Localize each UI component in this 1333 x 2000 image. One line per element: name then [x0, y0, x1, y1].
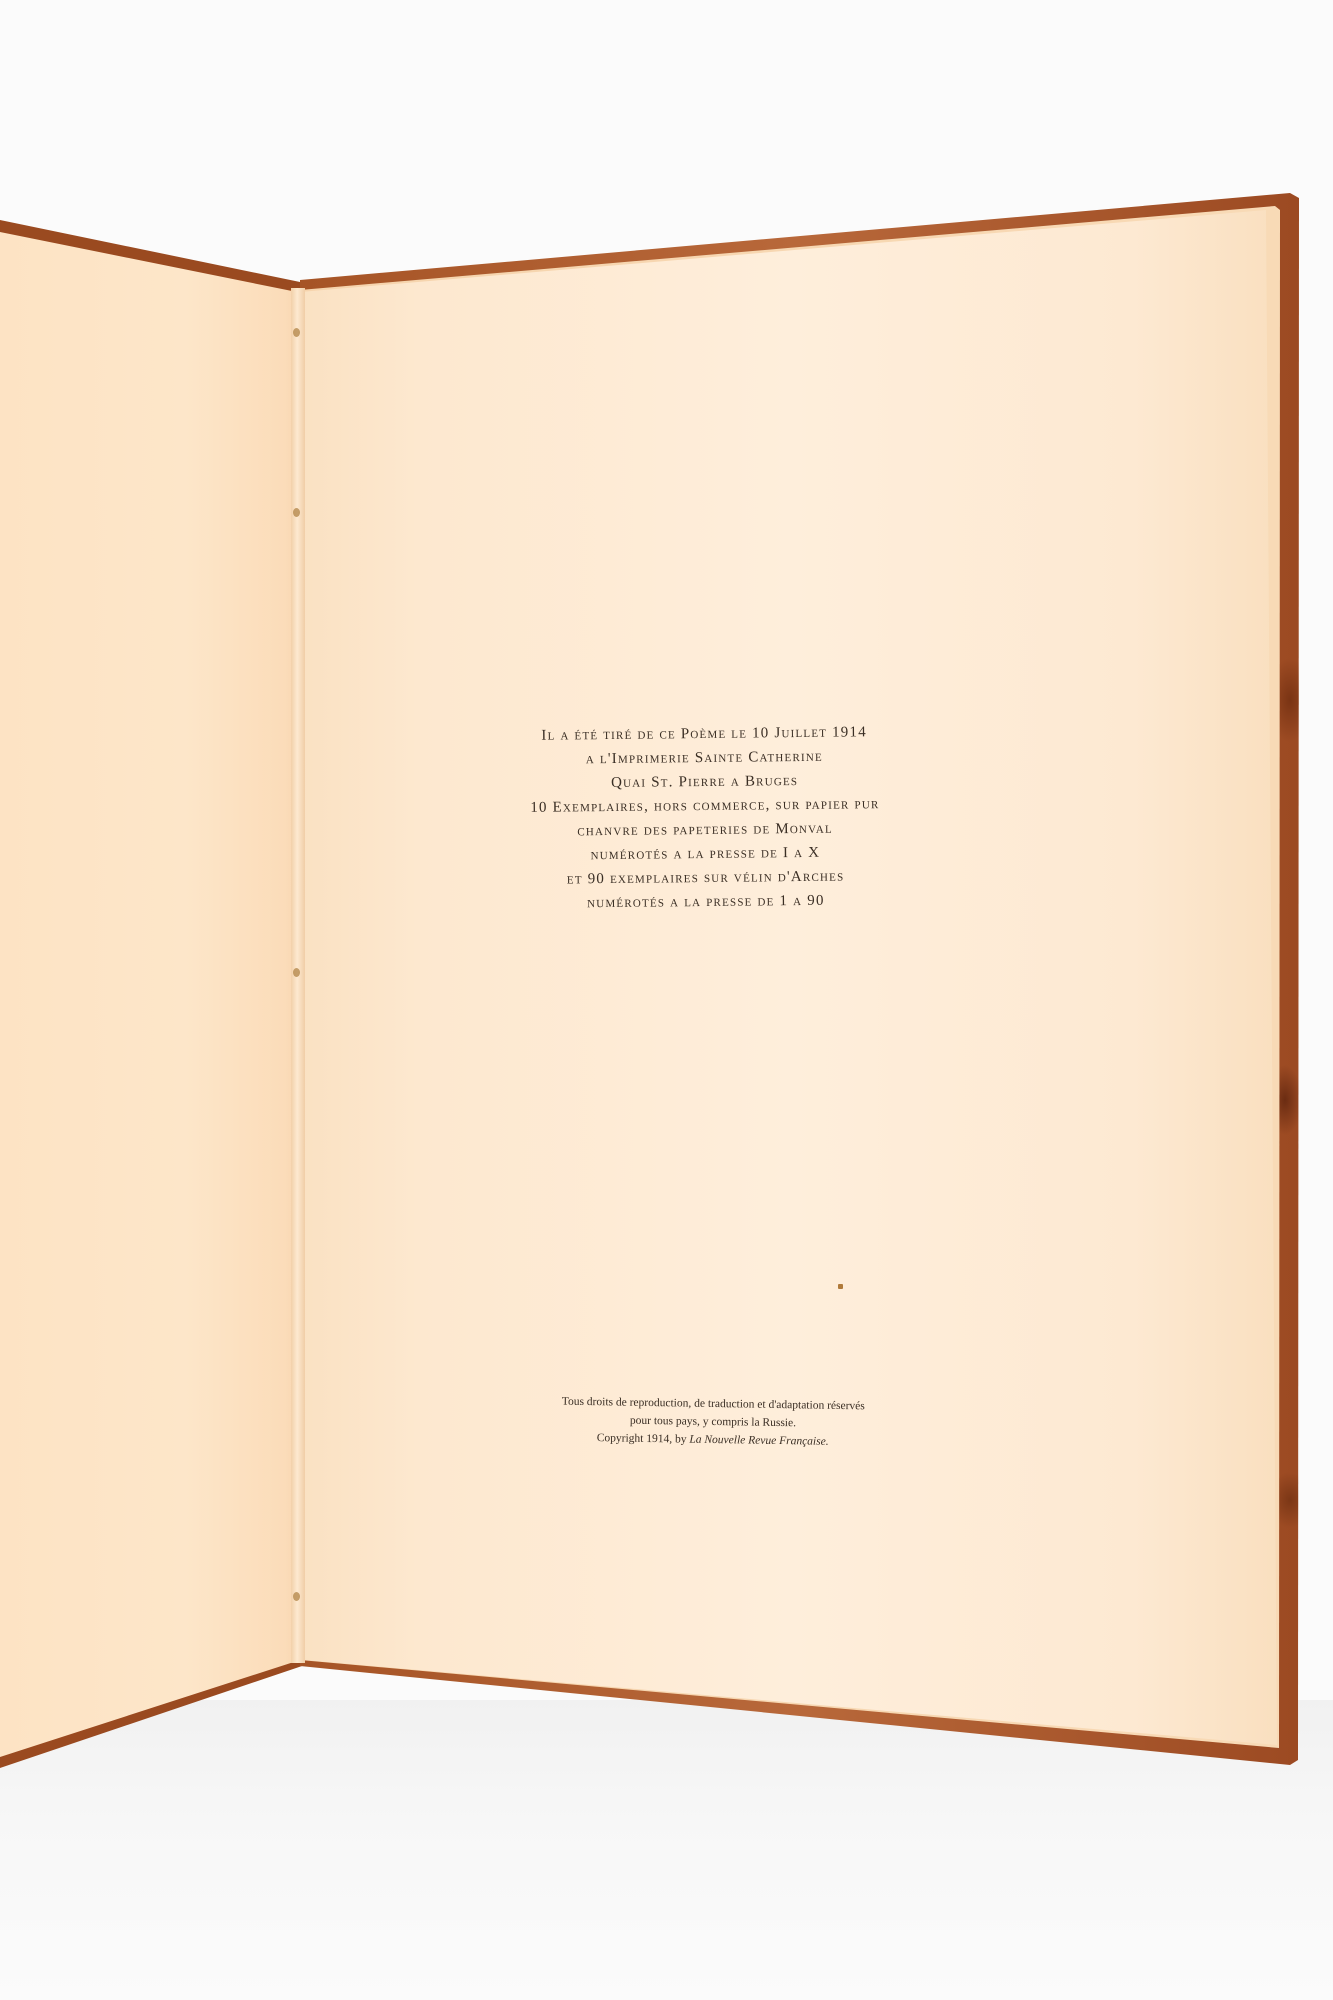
binding-stitch — [293, 968, 300, 977]
colophon-line: Il a été tiré de ce Poème le 10 Juillet … — [529, 720, 879, 748]
publisher-name: La Nouvelle Revue Française. — [689, 1434, 828, 1448]
rights-notice: Tous droits de reproduction, de traducti… — [528, 1392, 899, 1452]
paper-foxing-speck — [838, 1284, 843, 1289]
colophon-line: a l'Imprimerie Sainte Catherine — [529, 744, 879, 772]
binding-stitch — [293, 1592, 300, 1601]
colophon-line: 10 Exemplaires, hors commerce, sur papie… — [530, 792, 880, 820]
colophon-line: numérotés a la presse de 1 a 90 — [531, 888, 881, 916]
colophon-line: chanvre des papeteries de Monval — [530, 816, 880, 844]
book-photo: Il a été tiré de ce Poème le 10 Juillet … — [0, 0, 1333, 2000]
colophon-text-block: Il a été tiré de ce Poème le 10 Juillet … — [529, 720, 881, 916]
colophon-line: numérotés a la presse de I a X — [530, 840, 880, 868]
copyright-prefix: Copyright 1914, by — [597, 1432, 690, 1445]
colophon-line: Quai St. Pierre a Bruges — [530, 768, 880, 796]
colophon-line: et 90 exemplaires sur vélin d'Arches — [531, 864, 881, 892]
binding-stitch — [293, 508, 300, 517]
binding-stitch — [293, 328, 300, 337]
